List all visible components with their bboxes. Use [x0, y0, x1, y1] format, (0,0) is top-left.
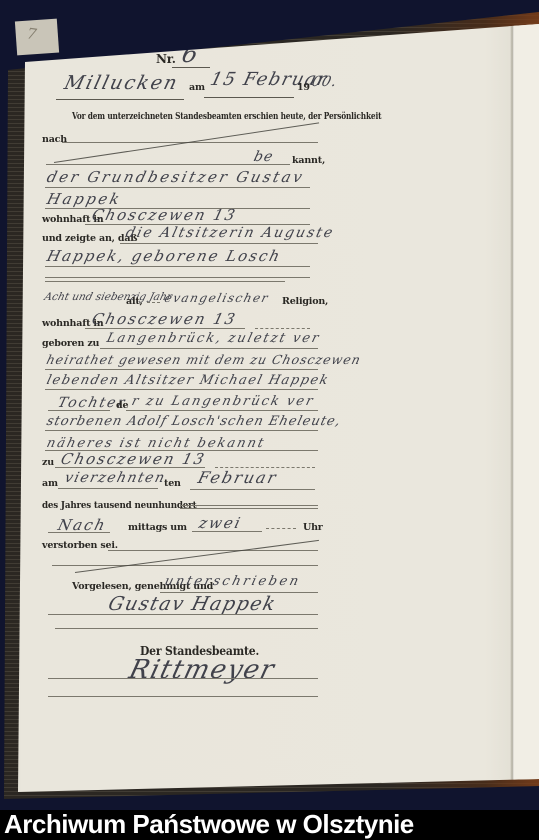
parents-line3: näheres ist nicht bekannt — [45, 436, 267, 451]
zu-label: zu — [42, 457, 54, 468]
entry-rule — [45, 187, 310, 188]
date-underline — [204, 97, 294, 98]
death-month-written: Februar — [196, 468, 280, 487]
alt-label: alt, — [126, 296, 143, 307]
signature-rule — [48, 678, 318, 679]
entry-rule — [45, 389, 318, 390]
registrar-signature: Rittmeyer — [126, 655, 278, 685]
entry-rule — [126, 410, 318, 411]
am-label: am — [189, 82, 205, 93]
place-underline — [56, 99, 184, 100]
entry-rule — [190, 489, 315, 490]
intro-printed: Vor dem unterzeichneten Standesbeamten e… — [72, 112, 381, 122]
geboren-label: geboren zu — [42, 338, 99, 349]
blank-rule — [45, 277, 310, 278]
blank-rule — [52, 565, 318, 566]
blank-dash — [266, 528, 296, 529]
be-written: be — [252, 149, 275, 165]
am2-label: am — [42, 478, 58, 489]
parents-line2: storbenen Adolf Losch'schen Eheleute, — [45, 414, 343, 429]
page-gutter-crease — [510, 22, 514, 782]
register-page: C. Nr. 6 Millucken am 15 Februar 19 00. … — [0, 0, 539, 840]
entry-rule — [85, 328, 245, 329]
deceased-line1: die Altsitzerin Auguste — [124, 225, 336, 241]
blank-rule — [45, 281, 285, 282]
blank-rule — [108, 550, 318, 551]
nach-label: nach — [42, 134, 67, 145]
archive-caption-bar: Archiwum Państwowe w Olsztynie — [0, 810, 539, 840]
pencil-folio-number: 7 — [26, 24, 38, 43]
entry-rule — [192, 531, 262, 532]
record-number-underline — [172, 67, 210, 68]
next-page-edge — [514, 0, 539, 800]
entry-rule — [100, 348, 318, 349]
blank-dash — [255, 328, 310, 329]
parents-line1: r zu Langenbrück ver — [130, 394, 316, 409]
entry-rule — [48, 410, 110, 411]
signature-rule — [48, 696, 318, 697]
religion-label: Religion, — [282, 296, 328, 307]
year-value: 00. — [310, 74, 339, 90]
record-number-value: 6 — [179, 40, 202, 68]
mittags-label: mittags um — [128, 522, 187, 533]
blank-rule — [180, 508, 318, 509]
kannt-printed: kannt, — [292, 155, 325, 166]
born-line2: heirathet gewesen mit dem zu Chosczewen — [45, 352, 363, 367]
entry-rule — [45, 430, 318, 431]
paper-sliver — [15, 19, 59, 56]
blank-dash — [147, 302, 160, 303]
entry-rule — [55, 467, 205, 468]
death-day-written: vierzehnten — [63, 470, 167, 486]
paper-stain — [148, 38, 164, 49]
death-place-written: Chosczewen 13 — [59, 450, 208, 468]
archive-caption-text: Archiwum Państwowe w Olsztynie — [0, 810, 414, 839]
year-printed: 19 — [297, 82, 310, 93]
entry-rule — [45, 369, 318, 370]
entry-rule — [58, 488, 158, 489]
residence1-written: Chosczewen 13 — [90, 206, 239, 224]
record-number-label: Nr. — [156, 52, 176, 66]
uhr-label: Uhr — [303, 522, 323, 533]
born-line1: Langenbrück, zuletzt ver — [105, 331, 322, 346]
hour-written: zwei — [197, 514, 244, 532]
entry-rule — [45, 266, 310, 267]
residence2-written: Chosczewen 13 — [90, 310, 239, 328]
entry-rule — [120, 243, 318, 244]
signature-rule — [48, 614, 318, 615]
place-value: Millucken — [62, 72, 181, 94]
declarant-signature: Gustav Happek — [106, 593, 279, 615]
archival-scan: C. Nr. 6 Millucken am 15 Februar 19 00. … — [0, 0, 539, 840]
declarant-line1: der Grundbesitzer Gustav — [45, 168, 306, 186]
unterschrieben-written: unterschrieben — [163, 574, 302, 589]
entry-rule — [48, 532, 110, 533]
blank-rule — [180, 505, 318, 506]
ten-label: ten — [164, 478, 181, 489]
year-line-label: des Jahres tausend neunhundert — [42, 500, 196, 511]
deceased-line2: Happek, geborene Losch — [45, 247, 283, 265]
born-line3: lebenden Altsitzer Michael Happek — [45, 373, 331, 388]
religion-written: evangelischer — [163, 291, 271, 305]
verstorben-label: verstorben sei. — [42, 540, 118, 551]
signature-rule — [55, 628, 318, 629]
